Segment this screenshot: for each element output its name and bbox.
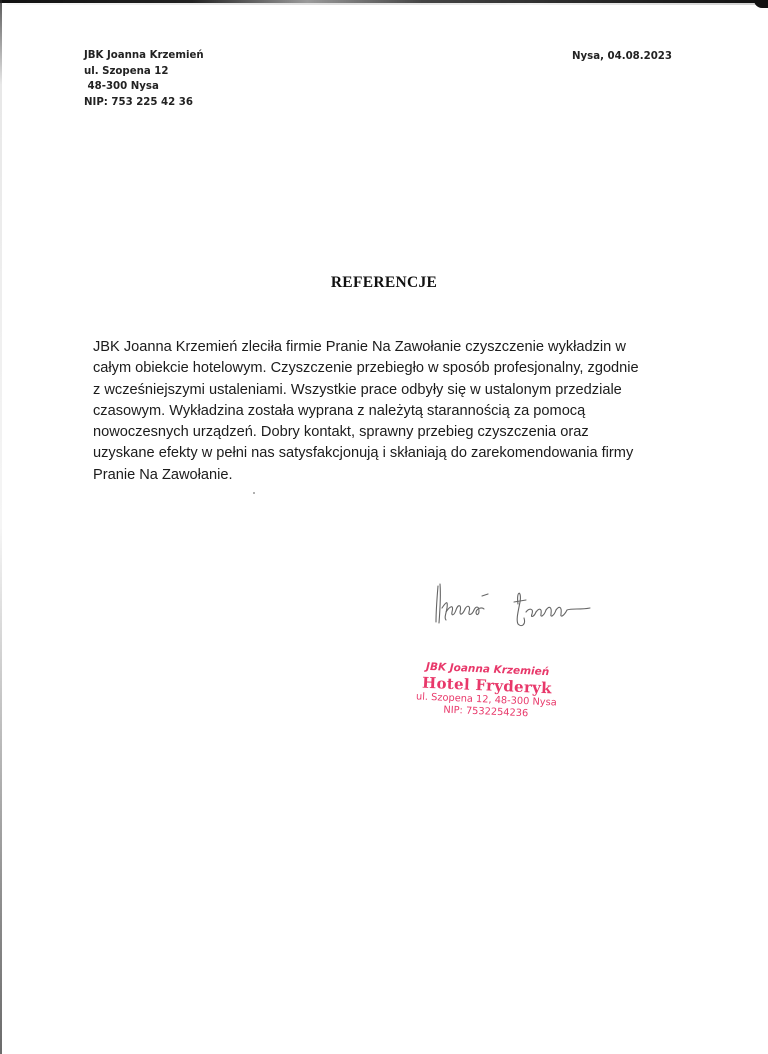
body-line: czasowym. Wykładzina została wyprana z n… xyxy=(93,401,683,422)
body-line: JBK Joanna Krzemień zleciła firmie Prani… xyxy=(93,337,683,358)
sender-street: ul. Szopena 12 xyxy=(84,64,204,80)
body-line: nowoczesnych urządzeń. Dobry kontakt, sp… xyxy=(93,422,683,443)
place-date: Nysa, 04.08.2023 xyxy=(572,51,672,62)
handwritten-signature xyxy=(430,578,600,638)
scan-corner xyxy=(754,0,768,8)
company-stamp: JBK Joanna Krzemień Hotel Fryderyk ul. S… xyxy=(406,660,568,722)
body-line: uzyskane efekty w pełni nas satysfakcjon… xyxy=(93,443,683,464)
sender-nip: NIP: 753 225 42 36 xyxy=(84,95,204,111)
document-title: REFERENCJE xyxy=(0,274,768,292)
scan-edge-left xyxy=(0,0,2,1054)
body-line: z wcześniejszymi ustaleniami. Wszystkie … xyxy=(93,380,683,401)
sender-block: JBK Joanna Krzemień ul. Szopena 12 48-30… xyxy=(84,48,204,110)
body-line: całym obiekcie hotelowym. Czyszczenie pr… xyxy=(93,358,683,379)
scan-speck xyxy=(253,492,255,494)
body-paragraph: JBK Joanna Krzemień zleciła firmie Prani… xyxy=(93,337,683,486)
body-line: Pranie Na Zawołanie. xyxy=(93,465,683,486)
sender-postal-city: 48-300 Nysa xyxy=(84,79,204,95)
scan-edge-shadow xyxy=(6,3,756,5)
sender-name: JBK Joanna Krzemień xyxy=(84,48,204,64)
